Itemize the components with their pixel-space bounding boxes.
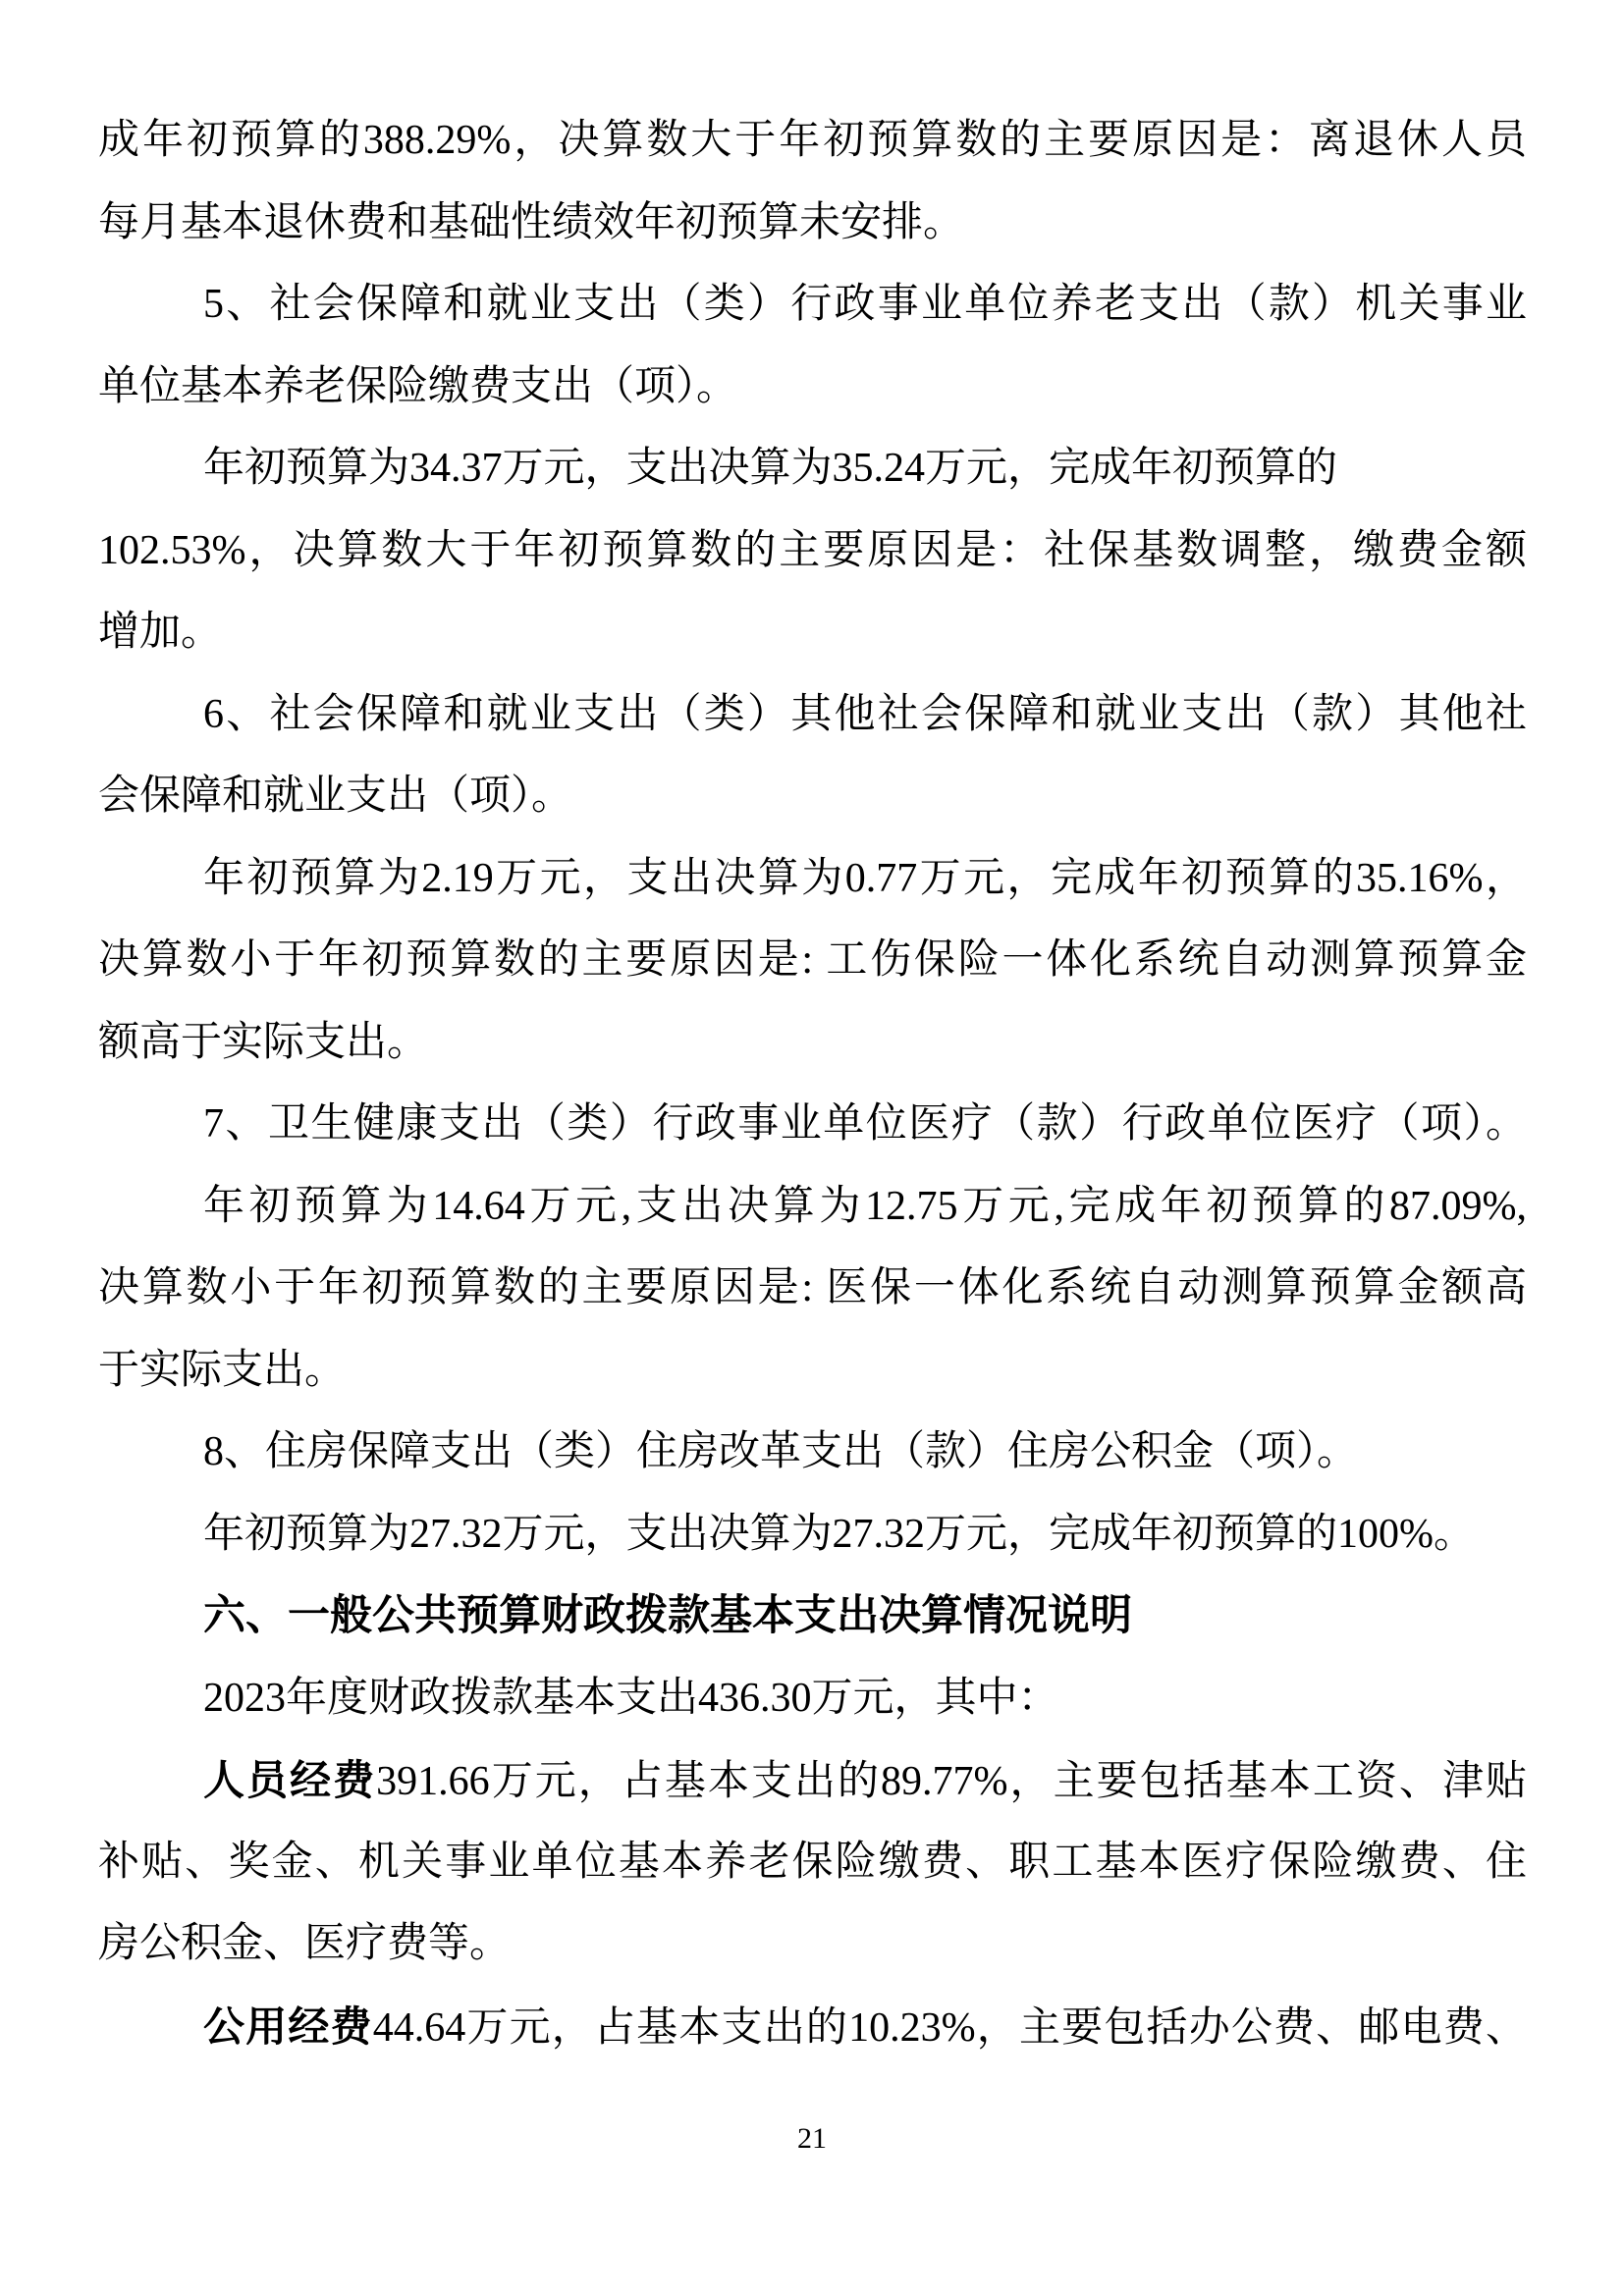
text-line: 额高于实际支出。 [98,1002,1527,1085]
text-run: 年初预算为14.64万元,支出决算为12.75万元,完成年初预算的87.09%, [203,1184,1527,1229]
text-line: 102.53%，决算数大于年初预算数的主要原因是：社保基数调整，缴费金额 [98,510,1527,593]
text-line: 决算数小于年初预算数的主要原因是: 医保一体化系统自动测算预算金额高 [98,1248,1527,1330]
text-run: 决算数小于年初预算数的主要原因是: 工伤保险一体化系统自动测算预算金 [98,937,1527,983]
text-run: 5、社会保障和就业支出（类）行政事业单位养老支出（款）机关事业 [203,282,1527,327]
text-line: 人员经费391.66万元，占基本支出的89.77%，主要包括基本工资、津贴 [98,1739,1527,1822]
text-line: 年初预算为27.32万元，支出决算为27.32万元，完成年初预算的100%。 [98,1494,1527,1576]
text-run: 102.53%，决算数大于年初预算数的主要原因是：社保基数调整，缴费金额 [98,528,1527,573]
page-number: 21 [0,2122,1624,2156]
text-run: 成年初预算的388.29%，决算数大于年初预算数的主要原因是：离退休人员 [98,118,1527,163]
text-run: 每月基本退休费和基础性绩效年初预算未安排。 [98,200,964,245]
text-run: 增加。 [98,610,222,655]
text-line: 房公积金、医疗费等。 [98,1903,1527,1986]
text-run: 单位基本养老保险缴费支出（项）。 [98,364,737,409]
text-line: 成年初预算的388.29%，决算数大于年初预算数的主要原因是：离退休人员 [98,100,1527,183]
text-line: 年初预算为34.37万元，支出决算为35.24万元，完成年初预算的 [98,428,1527,510]
text-line: 于实际支出。 [98,1330,1527,1413]
text-line: 增加。 [98,592,1527,674]
text-run: 年初预算为2.19万元，支出决算为0.77万元，完成年初预算的35.16%， [203,856,1527,901]
text-line: 7、卫生健康支出（类）行政事业单位医疗（款）行政单位医疗（项）。 [98,1084,1527,1166]
text-line: 每月基本退休费和基础性绩效年初预算未安排。 [98,183,1527,265]
text-run: 7、卫生健康支出（类）行政事业单位医疗（款）行政单位医疗（项）。 [203,1101,1527,1147]
text-line: 单位基本养老保险缴费支出（项）。 [98,347,1527,429]
text-line: 公用经费44.64万元，占基本支出的10.23%，主要包括办公费、邮电费、 [98,1986,1527,2068]
text-line: 2023年度财政拨款基本支出436.30万元，其中： [98,1658,1527,1740]
text-line: 会保障和就业支出（项）。 [98,756,1527,838]
text-run: 8、住房保障支出（类）住房改革支出（款）住房公积金（项）。 [203,1429,1358,1474]
text-run: 44.64万元，占基本支出的10.23%，主要包括办公费、邮电费、 [373,2005,1527,2051]
text-line: 年初预算为14.64万元,支出决算为12.75万元,完成年初预算的87.09%, [98,1166,1527,1249]
text-run: 决算数小于年初预算数的主要原因是: 医保一体化系统自动测算预算金额高 [98,1265,1527,1310]
document-page: 成年初预算的388.29%，决算数大于年初预算数的主要原因是：离退休人员每月基本… [0,0,1624,2296]
emphasis-text: 公用经费 [203,2003,373,2050]
text-run: 391.66万元，占基本支出的89.77%，主要包括基本工资、津贴 [376,1759,1527,1804]
document-body: 成年初预算的388.29%，决算数大于年初预算数的主要原因是：离退休人员每月基本… [98,100,1527,2067]
text-run: 会保障和就业支出（项）。 [98,774,572,819]
text-run: 2023年度财政拨款基本支出436.30万元，其中： [203,1676,1059,1721]
text-line: 年初预算为2.19万元，支出决算为0.77万元，完成年初预算的35.16%， [98,838,1527,921]
text-run: 补贴、奖金、机关事业单位基本养老保险缴费、职工基本医疗保险缴费、住 [98,1840,1527,1885]
text-run: 六、一般公共预算财政拨款基本支出决算情况说明 [203,1592,1132,1639]
text-run: 年初预算为27.32万元，支出决算为27.32万元，完成年初预算的100%。 [203,1512,1475,1557]
text-line: 8、住房保障支出（类）住房改革支出（款）住房公积金（项）。 [98,1412,1527,1494]
text-run: 于实际支出。 [98,1348,346,1393]
text-run: 房公积金、医疗费等。 [98,1921,511,1966]
text-line: 补贴、奖金、机关事业单位基本养老保险缴费、职工基本医疗保险缴费、住 [98,1822,1527,1904]
text-run: 年初预算为34.37万元，支出决算为35.24万元，完成年初预算的 [203,446,1337,491]
text-line: 5、社会保障和就业支出（类）行政事业单位养老支出（款）机关事业 [98,264,1527,347]
text-run: 额高于实际支出。 [98,1020,428,1065]
text-line: 决算数小于年初预算数的主要原因是: 工伤保险一体化系统自动测算预算金 [98,920,1527,1002]
emphasis-text: 人员经费 [203,1757,376,1803]
section-heading: 六、一般公共预算财政拨款基本支出决算情况说明 [98,1575,1527,1658]
text-run: 6、社会保障和就业支出（类）其他社会保障和就业支出（款）其他社 [203,692,1527,737]
text-line: 6、社会保障和就业支出（类）其他社会保障和就业支出（款）其他社 [98,674,1527,757]
